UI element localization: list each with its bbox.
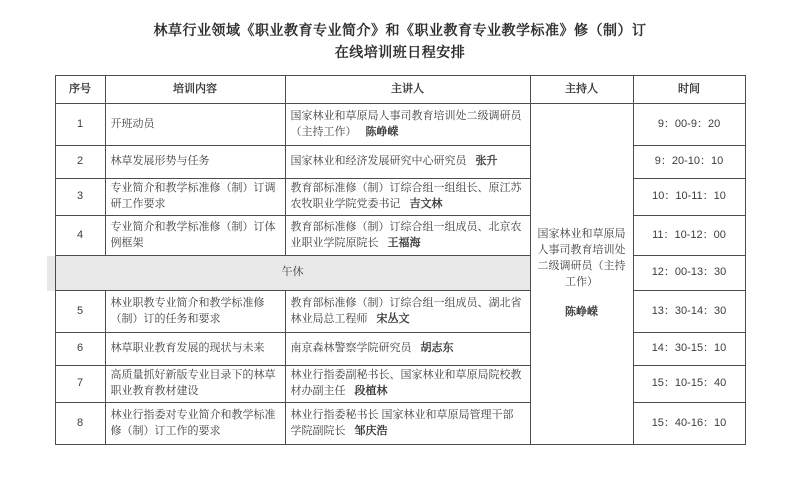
speaker-cell: 国家林业和草原局人事司教育培训处二级调研员（主持工作）陈峥嵘 — [285, 104, 530, 146]
speaker-cell: 南京森林警察学院研究员胡志东 — [285, 333, 530, 366]
time-cell: 12：00-13：30 — [633, 256, 745, 291]
speaker-role: 教育部标准修（制）订综合组一组组长、原江苏农牧职业学院党委书记 — [291, 182, 522, 210]
speaker-cell: 教育部标准修（制）订综合组一组成员、北京农业职业学院原院长王福海 — [285, 216, 530, 256]
table-row: 6 林草职业教育发展的现状与未来 南京森林警察学院研究员胡志东 14：30-15… — [55, 333, 745, 366]
header-speaker: 主讲人 — [285, 76, 530, 104]
time-cell: 9：00-9：20 — [633, 104, 745, 146]
schedule-table: 序号 培训内容 主讲人 主持人 时间 1 开班动员 国家林业和草原局人事司教育培… — [55, 75, 746, 445]
speaker-role: 南京森林警察学院研究员 — [291, 342, 412, 354]
header-row: 序号 培训内容 主讲人 主持人 时间 — [55, 76, 745, 104]
time-cell: 15：40-16：10 — [633, 403, 745, 445]
seq-cell: 5 — [55, 291, 105, 333]
time-cell: 9：20-10：10 — [633, 146, 745, 179]
speaker-role: 国家林业和经济发展研究中心研究员 — [291, 155, 467, 167]
time-cell: 14：30-15：10 — [633, 333, 745, 366]
header-content: 培训内容 — [105, 76, 285, 104]
table-row: 1 开班动员 国家林业和草原局人事司教育培训处二级调研员（主持工作）陈峥嵘 国家… — [55, 104, 745, 146]
content-cell: 林业行指委对专业简介和教学标准修（制）订工作的要求 — [105, 403, 285, 445]
time-cell: 15：10-15：40 — [633, 366, 745, 403]
content-cell: 林草发展形势与任务 — [105, 146, 285, 179]
speaker-role: 国家林业和草原局人事司教育培训处二级调研员（主持工作） — [291, 110, 522, 138]
table-row: 4 专业简介和教学标准修（制）订体例框架 教育部标准修（制）订综合组一组成员、北… — [55, 216, 745, 256]
seq-cell: 4 — [55, 216, 105, 256]
speaker-cell: 教育部标准修（制）订综合组一组组长、原江苏农牧职业学院党委书记吉文林 — [285, 179, 530, 216]
speaker-name: 王福海 — [388, 237, 421, 249]
seq-cell: 1 — [55, 104, 105, 146]
speaker-role: 林业行指委副秘书长、国家林业和草原局院校教材办副主任 — [291, 369, 522, 397]
seq-cell: 2 — [55, 146, 105, 179]
speaker-name: 胡志东 — [421, 342, 454, 354]
content-cell: 高质量抓好新版专业目录下的林草职业教育教材建设 — [105, 366, 285, 403]
host-role: 国家林业和草原局人事司教育培训处二级调研员（主持工作） — [536, 227, 628, 291]
table-row: 7 高质量抓好新版专业目录下的林草职业教育教材建设 林业行指委副秘书长、国家林业… — [55, 366, 745, 403]
title-line-1: 林草行业领域《职业教育专业简介》和《职业教育专业教学标准》修（制）订 — [0, 20, 800, 42]
speaker-name: 张升 — [476, 155, 498, 167]
time-cell: 13：30-14：30 — [633, 291, 745, 333]
content-cell: 专业简介和教学标准修（制）订调研工作要求 — [105, 179, 285, 216]
time-cell: 11：10-12：00 — [633, 216, 745, 256]
content-cell: 林业职教专业简介和教学标准修（制）订的任务和要求 — [105, 291, 285, 333]
document-page: 林草行业领域《职业教育专业简介》和《职业教育专业教学标准》修（制）订 在线培训班… — [0, 0, 800, 482]
lunch-row: 午休 12：00-13：30 — [55, 256, 745, 291]
host-cell: 国家林业和草原局人事司教育培训处二级调研员（主持工作） 陈峥嵘 — [530, 104, 633, 445]
table-row: 5 林业职教专业简介和教学标准修（制）订的任务和要求 教育部标准修（制）订综合组… — [55, 291, 745, 333]
seq-cell: 6 — [55, 333, 105, 366]
header-seq: 序号 — [55, 76, 105, 104]
speaker-name: 陈峥嵘 — [366, 126, 399, 138]
seq-cell: 8 — [55, 403, 105, 445]
title-line-2: 在线培训班日程安排 — [0, 42, 800, 64]
seq-cell: 3 — [55, 179, 105, 216]
speaker-cell: 国家林业和经济发展研究中心研究员张升 — [285, 146, 530, 179]
speaker-name: 吉文林 — [410, 198, 443, 210]
table-row: 8 林业行指委对专业简介和教学标准修（制）订工作的要求 林业行指委秘书长 国家林… — [55, 403, 745, 445]
time-cell: 10：10-11：10 — [633, 179, 745, 216]
speaker-name: 段植林 — [355, 385, 388, 397]
speaker-role: 林业行指委秘书长 国家林业和草原局管理干部学院副院长 — [291, 409, 514, 437]
document-title: 林草行业领域《职业教育专业简介》和《职业教育专业教学标准》修（制）订 在线培训班… — [0, 20, 800, 63]
speaker-cell: 教育部标准修（制）订综合组一组成员、湖北省林业局总工程师宋丛文 — [285, 291, 530, 333]
speaker-name: 宋丛文 — [377, 313, 410, 325]
speaker-cell: 林业行指委副秘书长、国家林业和草原局院校教材办副主任段植林 — [285, 366, 530, 403]
table-row: 3 专业简介和教学标准修（制）订调研工作要求 教育部标准修（制）订综合组一组组长… — [55, 179, 745, 216]
content-cell: 林草职业教育发展的现状与未来 — [105, 333, 285, 366]
lunch-cell: 午休 — [55, 256, 530, 291]
header-time: 时间 — [633, 76, 745, 104]
content-cell: 开班动员 — [105, 104, 285, 146]
speaker-name: 邹庆浩 — [355, 425, 388, 437]
speaker-cell: 林业行指委秘书长 国家林业和草原局管理干部学院副院长邹庆浩 — [285, 403, 530, 445]
host-name: 陈峥嵘 — [536, 305, 628, 321]
seq-cell: 7 — [55, 366, 105, 403]
header-host: 主持人 — [530, 76, 633, 104]
table-row: 2 林草发展形势与任务 国家林业和经济发展研究中心研究员张升 9：20-10：1… — [55, 146, 745, 179]
content-cell: 专业简介和教学标准修（制）订体例框架 — [105, 216, 285, 256]
